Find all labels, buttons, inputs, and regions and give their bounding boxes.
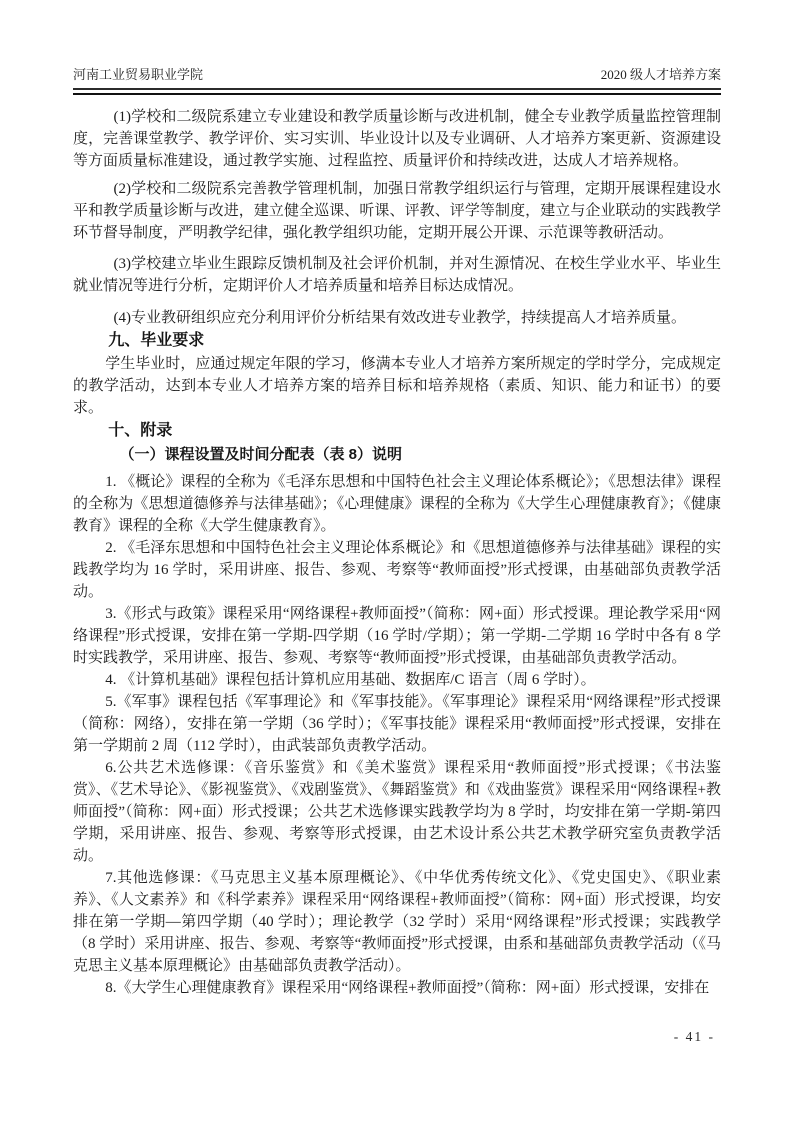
heading-appendix: 十、附录	[73, 419, 721, 443]
note-item-2: 2. 《毛泽东思想和中国特色社会主义理论体系概论》和《思想道德修养与法律基础》课…	[73, 537, 721, 603]
para-quality-3: (3)学校建立毕业生跟踪反馈机制及社会评价机制，并对生源情况、在校生学业水平、毕…	[73, 253, 721, 297]
page-number: - 41 -	[674, 1029, 715, 1045]
heading-graduation: 九、毕业要求	[73, 329, 721, 353]
para-quality-1: (1)学校和二级院系建立专业建设和教学质量诊断与改进机制，健全专业教学质量监控管…	[73, 106, 721, 172]
note-item-8: 8.《大学生心理健康教育》课程采用“网络课程+教师面授”（简称：网+面）形式授课…	[73, 977, 721, 999]
page-header: 河南工业贸易职业学院 2020 级人才培养方案	[73, 66, 721, 95]
notes-list: 1. 《概论》课程的全称为《毛泽东思想和中国特色社会主义理论体系概论》；《思想法…	[73, 471, 721, 999]
note-item-4: 4. 《计算机基础》课程包括计算机应用基础、数据库/C 语言（周 6 学时）。	[73, 669, 721, 691]
note-item-5: 5.《军事》课程包括《军事理论》和《军事技能》。《军事理论》课程采用“网络课程”…	[73, 691, 721, 757]
header-plan-title: 2020 级人才培养方案	[601, 66, 721, 83]
heading-appendix-sub: （一）课程设置及时间分配表（表 8）说明	[73, 443, 721, 467]
note-item-7: 7.其他选修课：《马克思主义基本原理概论》、《中华优秀传统文化》、《党史国史》、…	[73, 867, 721, 977]
note-item-3: 3.《形式与政策》课程采用“网络课程+教师面授”（简称：网+面）形式授课。理论教…	[73, 603, 721, 669]
document-body: (1)学校和二级院系建立专业建设和教学质量诊断与改进机制，健全专业教学质量监控管…	[73, 106, 721, 999]
para-graduation: 学生毕业时，应通过规定年限的学习，修满本专业人才培养方案所规定的学时学分，完成规…	[73, 353, 721, 419]
header-rule-thick	[73, 93, 721, 96]
para-quality-2: (2)学校和二级院系完善教学管理机制，加强日常教学组织运行与管理，定期开展课程建…	[73, 178, 721, 244]
document-page: 河南工业贸易职业学院 2020 级人才培养方案 (1)学校和二级院系建立专业建设…	[0, 0, 793, 1122]
header-school-name: 河南工业贸易职业学院	[73, 66, 203, 83]
para-quality-4: (4)专业教研组织应充分利用评价分析结果有效改进专业教学，持续提高人才培养质量。	[73, 307, 721, 329]
header-row: 河南工业贸易职业学院 2020 级人才培养方案	[73, 66, 721, 88]
note-item-1: 1. 《概论》课程的全称为《毛泽东思想和中国特色社会主义理论体系概论》；《思想法…	[73, 471, 721, 537]
note-item-6: 6.公共艺术选修课：《音乐鉴赏》和《美术鉴赏》课程采用“教师面授”形式授课；《书…	[73, 757, 721, 867]
